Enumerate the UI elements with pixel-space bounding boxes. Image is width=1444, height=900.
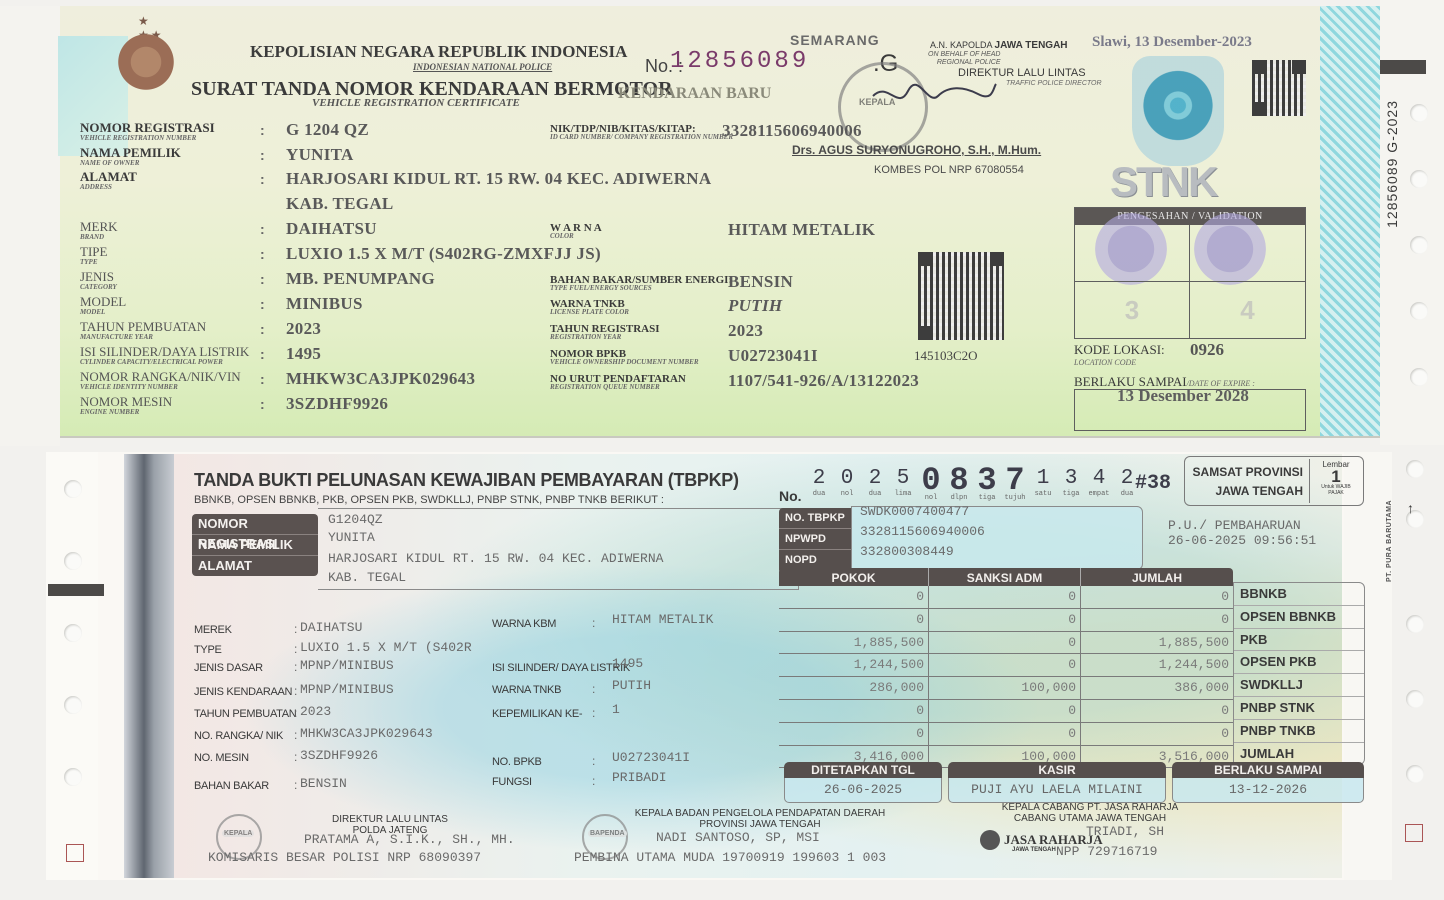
receipt-digit: 2dua bbox=[805, 468, 833, 503]
detail-value: 2023 bbox=[300, 704, 331, 719]
printer-name: PT. PURA BARUTAMA bbox=[1386, 500, 1393, 582]
field-value: HITAM METALIK bbox=[728, 220, 875, 240]
detail-value: 3SZDHF9926 bbox=[300, 748, 378, 763]
address-value-2: KAB. TEGAL bbox=[328, 570, 406, 585]
detail-label: FUNGSI bbox=[492, 776, 532, 788]
nopd-value: 332800308449 bbox=[860, 544, 954, 559]
table-row: 000 bbox=[779, 586, 1233, 609]
detail-label: NO. RANGKA/ NIK bbox=[194, 730, 283, 742]
cell-pokok: 0 bbox=[779, 700, 929, 722]
kasir-name: PUJI AYU LAELA MILAINI bbox=[948, 778, 1166, 803]
sheet-number: Lembar 1 Untuk WAJIB PAJAK bbox=[1313, 460, 1359, 496]
receipt-number-suffix: #38 bbox=[1135, 472, 1171, 495]
address-value: HARJOSARI KIDUL RT. 15 RW. 04 KEC. ADIWE… bbox=[328, 551, 663, 566]
signature-icon bbox=[868, 76, 998, 116]
tbpkp-receipt: TANDA BUKTI PELUNASAN KEWAJIBAN PEMBAYAR… bbox=[46, 452, 1392, 880]
official-position: DIREKTUR LALU LINTAS bbox=[958, 67, 1086, 79]
cell-pokok: 0 bbox=[779, 586, 929, 608]
receipt-digit: 0nol bbox=[917, 468, 945, 503]
security-strip bbox=[124, 454, 174, 878]
field-label-en: TYPE bbox=[80, 258, 98, 266]
paper-margin bbox=[46, 452, 98, 880]
field-value: MHKW3CA3JPK029643 bbox=[286, 369, 475, 389]
field-value: 3SZDHF9926 bbox=[286, 394, 388, 414]
field-value: MB. PENUMPANG bbox=[286, 269, 435, 289]
field-label-en: NAME OF OWNER bbox=[80, 159, 139, 167]
field-label-en: REGISTRATION QUEUE NUMBER bbox=[550, 383, 660, 391]
field-label: JENIS bbox=[80, 271, 114, 283]
field-label-en: COLOR bbox=[550, 232, 574, 240]
field-value: PUTIH bbox=[728, 296, 782, 316]
field-value: 1107/541-926/A/13122023 bbox=[728, 371, 919, 391]
kasir-box: KASIR PUJI AYU LAELA MILAINI bbox=[948, 762, 1166, 804]
detail-label: TAHUN PEMBUATAN bbox=[194, 708, 296, 720]
location-code-value: 0926 bbox=[1190, 340, 1224, 360]
detail-value: LUXIO 1.5 X M/T (S402R bbox=[300, 640, 472, 655]
cell-sanksi: 100,000 bbox=[929, 677, 1081, 699]
field-label: MERK bbox=[80, 221, 118, 233]
cell-pokok: 0 bbox=[779, 723, 929, 745]
location-code: KODE LOKASI: LOCATION CODE 0926 bbox=[1074, 342, 1165, 367]
table-row: 1,244,50001,244,500 bbox=[779, 654, 1233, 677]
table-row: 1,885,50001,885,500 bbox=[779, 632, 1233, 655]
field-label-en: VEHICLE IDENTITY NUMBER bbox=[80, 383, 178, 391]
berlaku-box: BERLAKU SAMPAI 13-12-2026 bbox=[1172, 762, 1364, 804]
receipt-digit: 3tiga bbox=[1057, 468, 1085, 503]
side-serial: 12856089 G-2023 bbox=[1384, 100, 1400, 228]
receipt-number-digits: 2dua0nol2dua5lima0nol8dlpn3tiga7tujuh1sa… bbox=[805, 468, 1141, 503]
field-value: 3328115606940006 bbox=[722, 121, 862, 141]
receipt-digit: 1satu bbox=[1029, 468, 1057, 503]
npwpd-value: 3328115606940006 bbox=[860, 524, 985, 539]
detail-value: MPNP/MINIBUS bbox=[300, 658, 394, 673]
table-row: 286,000100,000386,000 bbox=[779, 677, 1233, 700]
field-label-en: TYPE FUEL/ENERGY SOURCES bbox=[550, 284, 652, 292]
institution-title: KEPOLISIAN NEGARA REPUBLIK INDONESIA bbox=[250, 42, 627, 62]
field-value: DAIHATSU bbox=[286, 219, 377, 239]
detail-value: HITAM METALIK bbox=[612, 612, 713, 627]
payment-table-header: POKOK SANKSI ADM JUMLAH bbox=[779, 568, 1233, 586]
receipt-title: TANDA BUKTI PELUNASAN KEWAJIBAN PEMBAYAR… bbox=[194, 470, 739, 491]
detail-value: DAIHATSU bbox=[300, 620, 362, 635]
field-label-en: MODEL bbox=[80, 308, 105, 316]
owner-labels: NOMOR REGISTRASI NAMA PEMILIK ALAMAT bbox=[192, 514, 318, 576]
official-position-en: TRAFFIC POLICE DIRECTOR bbox=[1006, 80, 1102, 87]
detail-label: JENIS KENDARAAN bbox=[194, 686, 292, 698]
official-name: Drs. AGUS SURYONUGROHO, S.H., M.Hum. bbox=[792, 143, 1041, 157]
receipt-digit: 3tiga bbox=[973, 468, 1001, 503]
cell-jumlah: 0 bbox=[1081, 700, 1233, 722]
institution-title-en: INDONESIAN NATIONAL POLICE bbox=[413, 62, 552, 72]
cell-jumlah: 0 bbox=[1081, 723, 1233, 745]
transaction-info: P.U./ PEMBAHARUAN26-06-2025 09:56:51 bbox=[1168, 518, 1316, 548]
detail-value: PUTIH bbox=[612, 678, 651, 693]
detail-label: NO. MESIN bbox=[194, 752, 249, 764]
cell-pokok: 286,000 bbox=[779, 677, 929, 699]
bapenda-name: NADI SANTOSO, SP, MSI bbox=[656, 830, 820, 845]
police-emblem-icon bbox=[106, 32, 186, 92]
row-label: BBNKB bbox=[1234, 583, 1364, 606]
cell-sanksi: 0 bbox=[929, 700, 1081, 722]
cell-pokok: 0 bbox=[779, 609, 929, 631]
field-label: MODEL bbox=[80, 296, 126, 308]
table-row: 000 bbox=[779, 700, 1233, 723]
field-value: 2023 bbox=[286, 319, 321, 339]
detail-label: NO. BPKB bbox=[492, 756, 542, 768]
expiry-date: 13 Desember 2028 bbox=[1117, 386, 1249, 406]
validation-stamp-icon bbox=[1194, 213, 1266, 285]
on-behalf-en: ON BEHALF OF HEADREGIONAL POLICE bbox=[928, 51, 1000, 67]
detail-value: U02723041I bbox=[612, 750, 690, 765]
validation-box: PENGESAHAN / VALIDATION 3 4 bbox=[1074, 207, 1306, 339]
new-vehicle-stamp: KENDARAAN BARU bbox=[618, 85, 771, 103]
bapenda-title: KEPALA BADAN PENGELOLA PENDAPATAN DAERAH… bbox=[620, 808, 900, 830]
jasa-raharja-title: KEPALA CABANG PT. JASA RAHARJACABANG UTA… bbox=[980, 802, 1200, 824]
owner-name-value: YUNITA bbox=[328, 530, 375, 545]
detail-label: MEREK bbox=[194, 624, 232, 636]
tbpkp-number: SWDK0007400477 bbox=[860, 504, 969, 519]
samsat-box: SAMSAT PROVINSIJAWA TENGAH Lembar 1 Untu… bbox=[1184, 456, 1364, 506]
expiry-box: 13 Desember 2028 bbox=[1074, 389, 1306, 431]
cell-pokok: 1,244,500 bbox=[779, 654, 929, 676]
field-label: NAMA PEMILIK bbox=[80, 147, 181, 159]
security-pattern-right bbox=[1320, 6, 1380, 436]
on-behalf-label: A.N. KAPOLDA JAWA TENGAH bbox=[930, 40, 1068, 51]
field-label: TAHUN PEMBUATAN bbox=[80, 321, 206, 333]
stnk-certificate: ★★★ KEPOLISIAN NEGARA REPUBLIK INDONESIA… bbox=[58, 6, 1380, 438]
label-nama-pemilik: NAMA PEMILIK bbox=[192, 535, 318, 556]
qr-code-icon bbox=[1252, 60, 1306, 116]
receipt-subtitle: BBNKB, OPSEN BBNKB, PKB, OPSEN PKB, SWDK… bbox=[194, 494, 664, 506]
stnk-hologram-text: STNK bbox=[1110, 158, 1216, 206]
label-alamat: ALAMAT bbox=[192, 556, 318, 576]
qr-code-icon bbox=[918, 252, 1004, 340]
field-value: 2023 bbox=[728, 321, 763, 341]
row-label: PNBP STNK bbox=[1234, 697, 1364, 720]
detail-value: 1 bbox=[612, 702, 620, 717]
field-label-en: BRAND bbox=[80, 233, 104, 241]
cell-sanksi: 0 bbox=[929, 632, 1081, 654]
detail-label: WARNA TNKB bbox=[492, 684, 561, 696]
field-label: TIPE bbox=[80, 246, 107, 258]
field-value: LUXIO 1.5 X M/T (S402RG-ZMXFJJ JS) bbox=[286, 244, 601, 264]
field-label-en: CYLINDER CAPACITY/ELECTRICAL POWER bbox=[80, 358, 223, 366]
cell-jumlah: 1,885,500 bbox=[1081, 632, 1233, 654]
cell-jumlah: 1,244,500 bbox=[1081, 654, 1233, 676]
field-value: 1495 bbox=[286, 344, 321, 364]
detail-value: MHKW3CA3JPK029643 bbox=[300, 726, 433, 741]
jasa-raharja-logo-sub: JAWA TENGAH bbox=[1012, 847, 1056, 853]
receipt-digit: 8dlpn bbox=[945, 468, 973, 503]
payment-table: 0000001,885,50001,885,5001,244,50001,244… bbox=[779, 586, 1233, 768]
hologram-icon bbox=[1132, 56, 1224, 166]
field-value: U02723041I bbox=[728, 346, 818, 366]
qr-code-text: 145103C2O bbox=[914, 348, 978, 364]
detail-label: BAHAN BAKAR bbox=[194, 780, 269, 792]
receipt-digit: 4empat bbox=[1085, 468, 1113, 503]
detail-value: BENSIN bbox=[300, 776, 347, 791]
cell-sanksi: 0 bbox=[929, 654, 1081, 676]
detail-value: PRIBADI bbox=[612, 770, 667, 785]
cell-jumlah: 386,000 bbox=[1081, 677, 1233, 699]
validation-cell-4: 4 bbox=[1190, 281, 1305, 338]
label-nomor-registrasi: NOMOR REGISTRASI bbox=[192, 514, 318, 535]
cell-jumlah: 0 bbox=[1081, 609, 1233, 631]
field-label-en: CATEGORY bbox=[80, 283, 117, 291]
cell-sanksi: 0 bbox=[929, 609, 1081, 631]
receipt-digit: 0nol bbox=[833, 468, 861, 503]
detail-label: ISI SILINDER/ DAYA LISTRIK bbox=[492, 662, 630, 674]
field-label-en: LICENSE PLATE COLOR bbox=[550, 308, 629, 316]
field-value: MINIBUS bbox=[286, 294, 363, 314]
paper-edge bbox=[0, 6, 60, 446]
jasa-raharja-logo-text: JASA RAHARJA bbox=[1004, 832, 1103, 848]
ditetapkan-date: 26-06-2025 bbox=[784, 778, 942, 803]
row-label: PKB bbox=[1234, 629, 1364, 652]
row-label: SWDKLLJ bbox=[1234, 674, 1364, 697]
validation-stamp-icon bbox=[1095, 213, 1167, 285]
row-label: OPSEN PKB bbox=[1234, 651, 1364, 674]
payment-table-labels: BBNKBOPSEN BBNKBPKBOPSEN PKBSWDKLLJPNBP … bbox=[1233, 582, 1365, 765]
detail-label: JENIS DASAR bbox=[194, 662, 263, 674]
detail-value: MPNP/MINIBUS bbox=[300, 682, 394, 697]
cell-sanksi: 0 bbox=[929, 586, 1081, 608]
field-label: ISI SILINDER/DAYA LISTRIK bbox=[80, 346, 249, 358]
detail-label: WARNA KBM bbox=[492, 618, 556, 630]
jasa-raharja-logo-icon bbox=[980, 830, 1000, 850]
field-value: HARJOSARI KIDUL RT. 15 RW. 04 KEC. ADIWE… bbox=[286, 169, 711, 189]
field-value: KAB. TEGAL bbox=[286, 194, 394, 214]
detail-value: 1495 bbox=[612, 656, 643, 671]
document-title-en: VEHICLE REGISTRATION CERTIFICATE bbox=[312, 97, 520, 109]
cell-jumlah: 0 bbox=[1081, 586, 1233, 608]
row-label: PNBP TNKB bbox=[1234, 720, 1364, 743]
validation-cell-2 bbox=[1190, 225, 1305, 281]
field-value: G 1204 QZ bbox=[286, 120, 369, 140]
field-label: NOMOR RANGKA/NIK/VIN bbox=[80, 371, 241, 383]
cell-sanksi: 0 bbox=[929, 723, 1081, 745]
registration-value: G1204QZ bbox=[328, 512, 383, 527]
serial-number: 12856089 bbox=[670, 48, 809, 75]
cell-pokok: 1,885,500 bbox=[779, 632, 929, 654]
registration-mark-icon bbox=[1405, 824, 1423, 842]
ditetapkan-box: DITETAPKAN TGL 26-06-2025 bbox=[784, 762, 942, 804]
field-label-en: VEHICLE OWNERSHIP DOCUMENT NUMBER bbox=[550, 358, 699, 366]
detail-label: KEPEMILIKAN KE- bbox=[492, 708, 582, 720]
table-row: 000 bbox=[779, 609, 1233, 632]
field-label-en: VEHICLE REGISTRATION NUMBER bbox=[80, 134, 196, 142]
bapenda-rank: PEMBINA UTAMA MUDA 19700919 199603 1 003 bbox=[574, 850, 886, 865]
dirlantas-name: PRATAMA A, S.I.K., SH., MH. bbox=[304, 832, 515, 847]
field-label-en: ENGINE NUMBER bbox=[80, 408, 139, 416]
field-label-en: REGISTRATION YEAR bbox=[550, 333, 621, 341]
field-label: ALAMAT bbox=[80, 171, 137, 183]
field-label: NOMOR MESIN bbox=[80, 396, 172, 408]
receipt-digit: 2dua bbox=[861, 468, 889, 503]
black-timing-mark bbox=[1380, 60, 1426, 74]
field-value: BENSIN bbox=[728, 272, 793, 292]
detail-label: TYPE bbox=[194, 644, 222, 656]
registration-mark-icon bbox=[66, 844, 84, 862]
issue-place-date: Slawi, 13 Desember-2023 bbox=[1092, 34, 1252, 51]
arrow-up-icon: ↑ bbox=[1407, 500, 1414, 516]
receipt-digit: 7tujuh bbox=[1001, 468, 1029, 503]
validation-cell-1 bbox=[1075, 225, 1190, 281]
row-label: OPSEN BBNKB bbox=[1234, 606, 1364, 629]
field-label-en: ADDRESS bbox=[80, 183, 112, 191]
field-label: NOMOR REGISTRASI bbox=[80, 122, 215, 134]
payment-labels: NO. TBPKP NPWPD NOPD bbox=[779, 508, 851, 571]
table-row: 000 bbox=[779, 723, 1233, 746]
validation-cell-3: 3 bbox=[1075, 281, 1190, 338]
dirlantas-rank: KOMISARIS BESAR POLISI NRP 68090397 bbox=[208, 850, 481, 865]
berlaku-date: 13-12-2026 bbox=[1172, 778, 1364, 803]
field-label-en: MANUFACTURE YEAR bbox=[80, 333, 153, 341]
official-rank: KOMBES POL NRP 67080554 bbox=[874, 164, 1024, 176]
black-timing-mark bbox=[48, 584, 104, 596]
receipt-digit: 5lima bbox=[889, 468, 917, 503]
field-value: YUNITA bbox=[286, 145, 354, 165]
issuing-city: SEMARANG bbox=[790, 32, 880, 48]
field-label-en: ID CARD NUMBER/ COMPANY REGISTRATION NUM… bbox=[550, 133, 733, 141]
